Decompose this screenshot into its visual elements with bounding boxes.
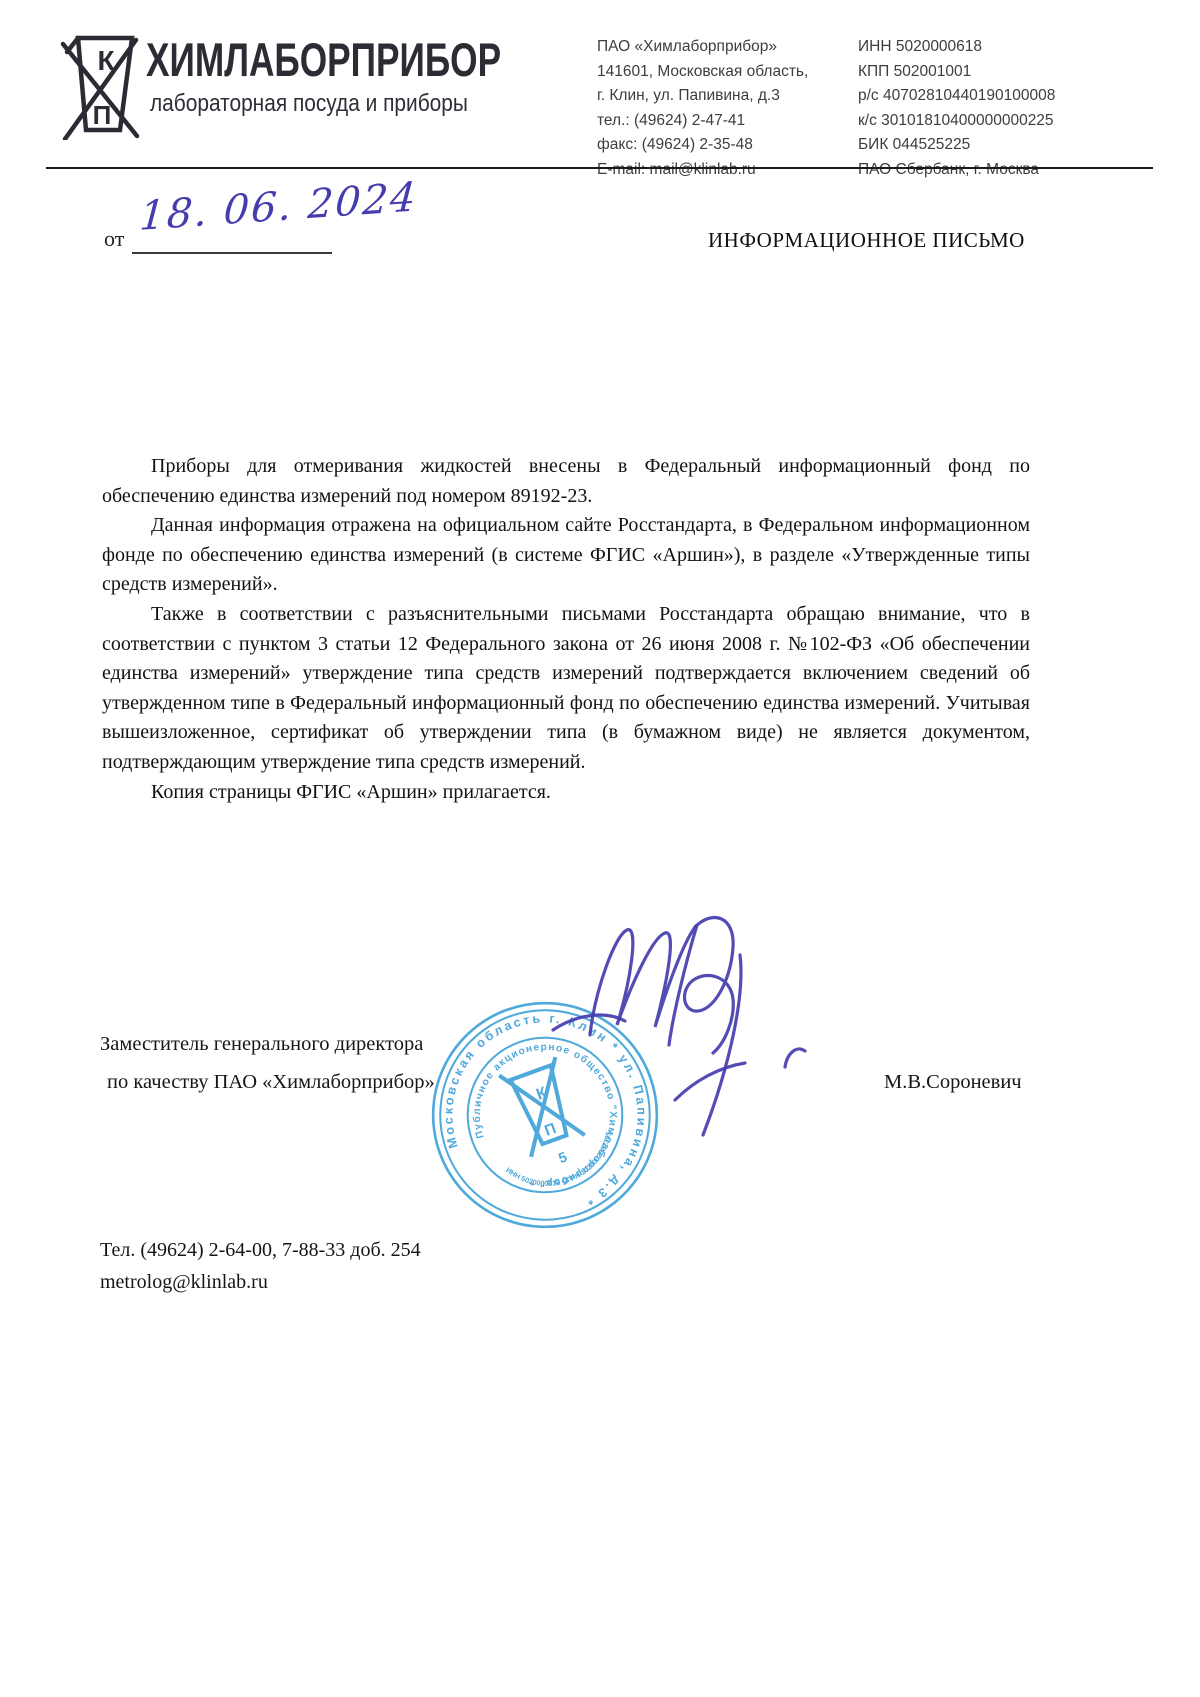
paragraph: Приборы для отмеривания жидкостей внесен…: [102, 452, 1030, 511]
bank-line: р/с 40702810440190100008: [858, 84, 1055, 109]
bank-line: к/с 30101810400000000225: [858, 109, 1055, 134]
letter-page: К П ХИМЛАБОРПРИБОР лабораторная посуда и…: [0, 0, 1200, 1697]
footer-contacts: Тел. (49624) 2-64-00, 7-88-33 доб. 254 m…: [100, 1234, 421, 1298]
footer-phone: Тел. (49624) 2-64-00, 7-88-33 доб. 254: [100, 1234, 421, 1266]
logo-letter-bottom: П: [93, 100, 112, 130]
logo-letter-top: К: [97, 45, 115, 76]
contact-line: ПАО «Химлаборприбор»: [597, 35, 808, 60]
bank-line: КПП 502001001: [858, 60, 1055, 85]
signer-name: М.В.Сороневич: [884, 1071, 1022, 1094]
handwritten-signature: [535, 895, 825, 1165]
signer-role-line1: Заместитель генерального директора: [100, 1033, 423, 1056]
signer-role-line2: по качеству ПАО «Химлаборприбор»: [107, 1071, 435, 1094]
contact-line: г. Клин, ул. Папивина, д.3: [597, 84, 808, 109]
date-underline: [132, 252, 332, 254]
contact-line: тел.: (49624) 2-47-41: [597, 109, 808, 134]
bank-line: ПАО Сбербанк, г. Москва: [858, 158, 1055, 183]
bank-line: ИНН 5020000618: [858, 35, 1055, 60]
paragraph: Данная информация отражена на официально…: [102, 511, 1030, 600]
company-logo-icon: К П: [60, 30, 140, 140]
letterhead-bank-block: ИНН 5020000618 КПП 502001001 р/с 4070281…: [858, 35, 1055, 182]
footer-email: metrolog@klinlab.ru: [100, 1266, 421, 1298]
company-tagline: лабораторная посуда и приборы: [150, 90, 468, 118]
letter-body: Приборы для отмеривания жидкостей внесен…: [102, 452, 1030, 807]
date-label: от: [104, 226, 124, 252]
letterhead-divider: [46, 167, 1153, 169]
contact-line-email: E-mail: mail@klinlab.ru: [597, 158, 808, 183]
contact-line: факс: (49624) 2-35-48: [597, 133, 808, 158]
handwritten-date: 18. 06. 2024: [138, 174, 419, 240]
contact-line: 141601, Московская область,: [597, 60, 808, 85]
bank-line: БИК 044525225: [858, 133, 1055, 158]
company-name: ХИМЛАБОРПРИБОР: [146, 32, 501, 87]
paragraph: Копия страницы ФГИС «Аршин» прилагается.: [102, 778, 1030, 808]
document-title: ИНФОРМАЦИОННОЕ ПИСЬМО: [708, 228, 1025, 253]
letterhead-contact-block: ПАО «Химлаборприбор» 141601, Московская …: [597, 35, 808, 182]
paragraph: Также в соответствии с разъяснительными …: [102, 600, 1030, 778]
